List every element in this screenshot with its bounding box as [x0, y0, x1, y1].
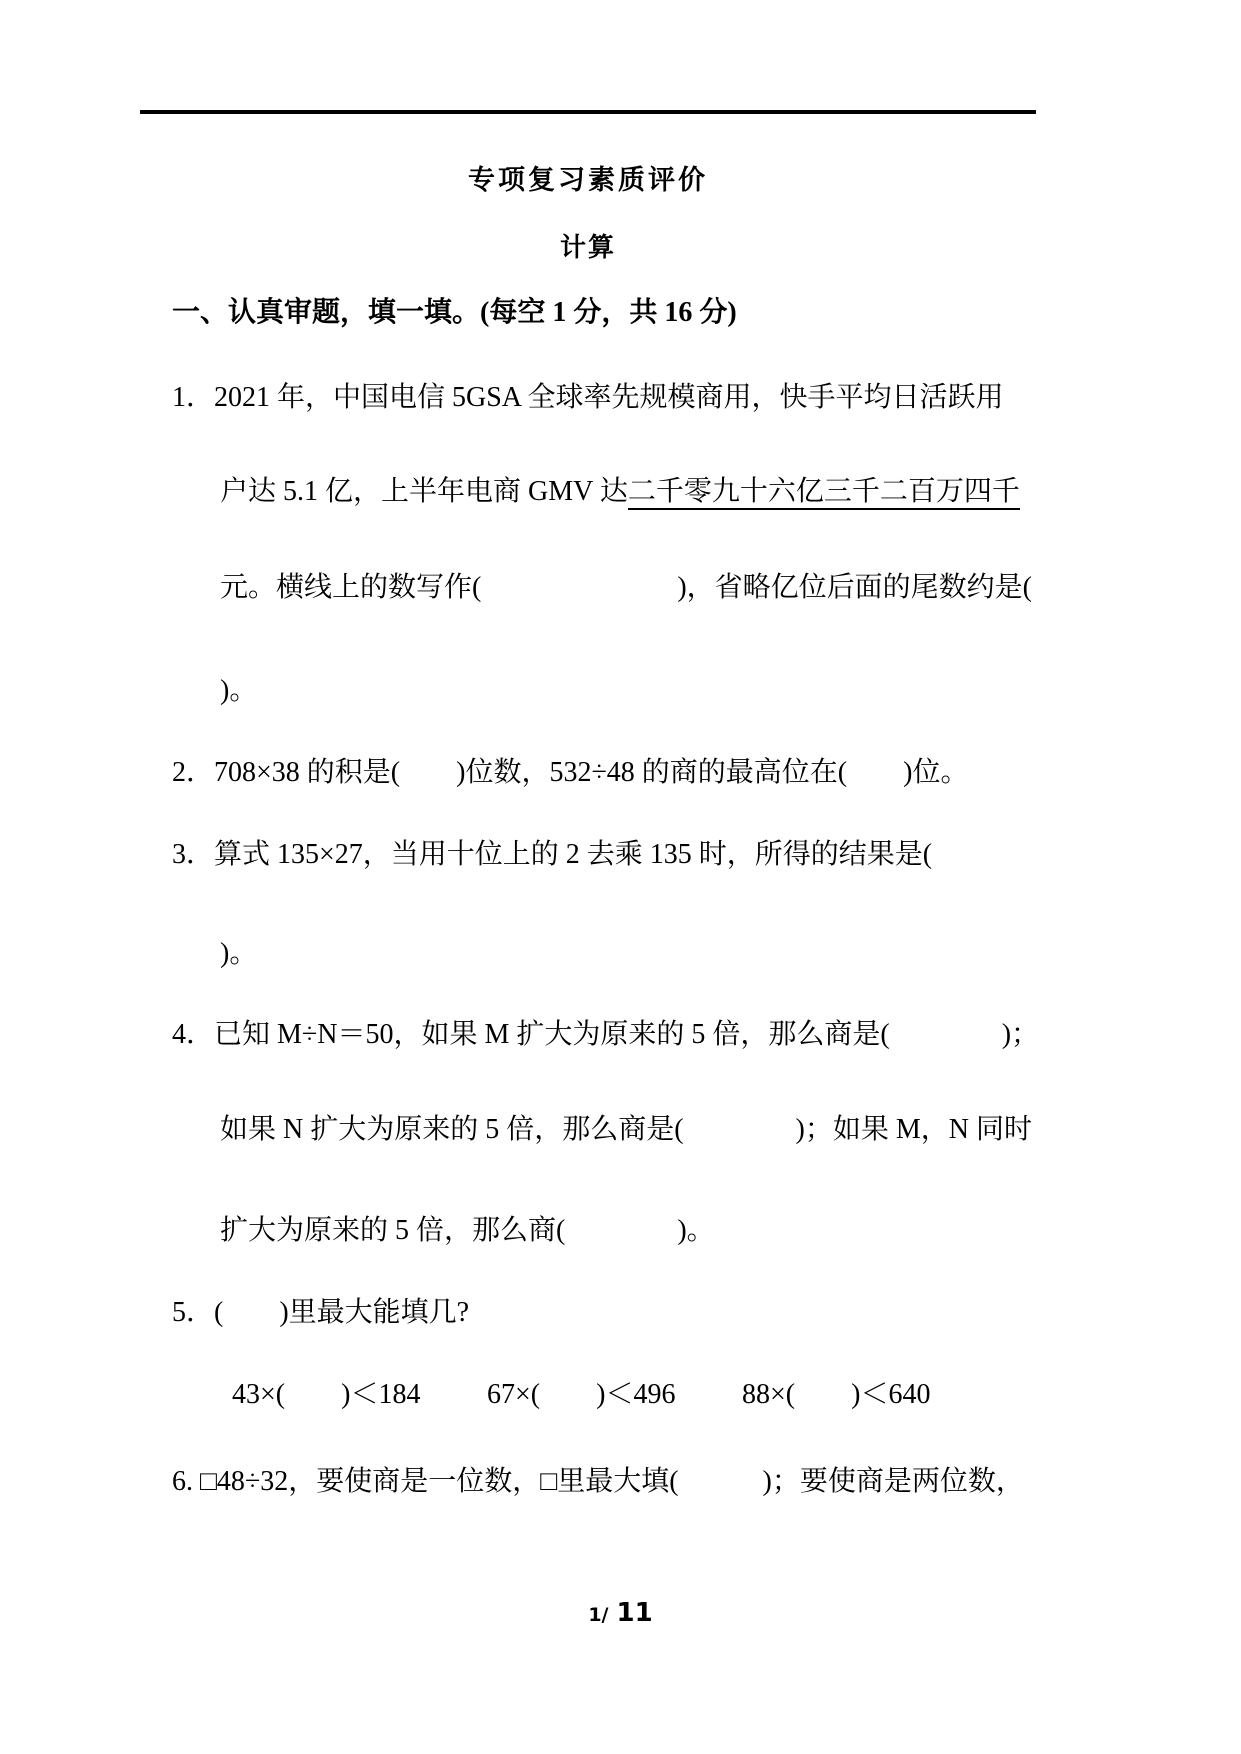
question-1-line-4: )。: [220, 675, 257, 707]
question-1-underlined-number: 二千零九十六亿三千二百万四千: [628, 476, 1020, 510]
question-2-line-1: 2．708×38 的积是( )位数，532÷48 的商的最高位在( )位。: [172, 757, 968, 789]
page-number-total: 11: [616, 1598, 652, 1628]
page-title: 专项复习素质评价: [140, 166, 1036, 196]
page-number-current: 1/: [588, 1604, 608, 1626]
question-5-line-1: 5．( )里最大能填几?: [172, 1297, 469, 1329]
question-3-line-1: 3．算式 135×27，当用十位上的 2 去乘 135 时，所得的结果是(: [172, 839, 932, 871]
question-5-item-2: 67×( )＜496: [487, 1379, 675, 1411]
question-4-line-1: 4．已知 M÷N＝50，如果 M 扩大为原来的 5 倍，那么商是( )；: [172, 1019, 1039, 1051]
question-1-line-2-plain: 户达 5.1 亿，上半年电商 GMV 达: [220, 476, 628, 507]
worksheet-page: 专项复习素质评价 计算 一、认真审题，填一填。(每空 1 分，共 16 分) 1…: [0, 0, 1241, 1754]
header-rule: [140, 110, 1036, 114]
question-5-item-3: 88×( )＜640: [742, 1379, 930, 1411]
question-4-line-3: 扩大为原来的 5 倍，那么商( )。: [220, 1215, 715, 1247]
page-subtitle: 计算: [140, 233, 1036, 263]
page-footer: 1/11: [0, 1598, 1241, 1628]
question-1-line-1: 1．2021 年，中国电信 5GSA 全球率先规模商用，快手平均日活跃用: [172, 382, 1003, 414]
question-6-line-1: 6. □48÷32，要使商是一位数，□里最大填( )；要使商是两位数，: [172, 1466, 1024, 1498]
question-1-line-2: 户达 5.1 亿，上半年电商 GMV 达二千零九十六亿三千二百万四千: [220, 476, 1020, 508]
section-1-heading: 一、认真审题，填一填。(每空 1 分，共 16 分): [172, 297, 737, 329]
question-4-line-2: 如果 N 扩大为原来的 5 倍，那么商是( )；如果 M，N 同时: [220, 1114, 1032, 1146]
question-1-line-3: 元。横线上的数写作( )，省略亿位后面的尾数约是(: [220, 572, 1032, 604]
question-3-line-2: )。: [220, 938, 257, 970]
question-5-item-1: 43×( )＜184: [232, 1379, 420, 1411]
